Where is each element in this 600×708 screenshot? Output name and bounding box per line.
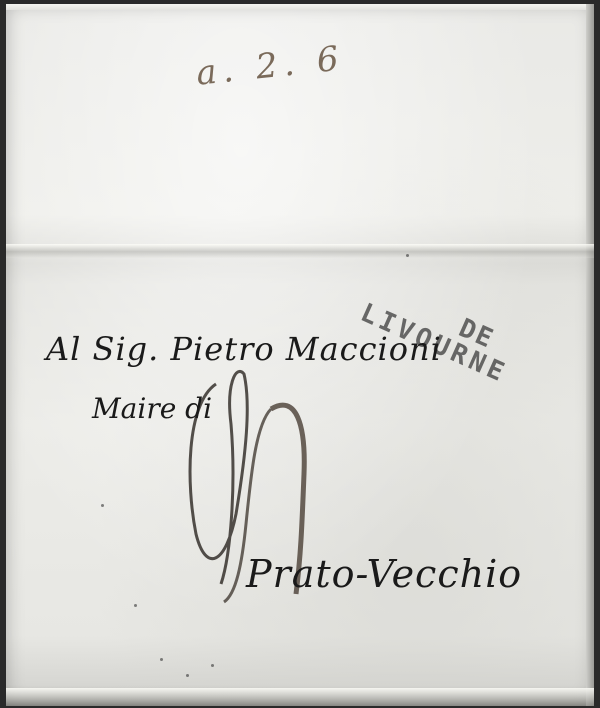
fold-crease-upper	[6, 244, 594, 258]
address-line-title: Maire di	[92, 392, 212, 425]
letter-cover: a. 2. 6 DE LIVOURNE Al Sig. Pietro Macci…	[6, 4, 594, 706]
address-line-town: Prato-Vecchio	[246, 552, 522, 596]
paper-top-edge	[6, 4, 594, 10]
docket-note: a. 2. 6	[194, 38, 346, 93]
paper-right-edge	[586, 4, 594, 706]
address-line-recipient: Al Sig. Pietro Maccioni	[46, 330, 442, 368]
fold-crease-lower	[6, 688, 594, 706]
